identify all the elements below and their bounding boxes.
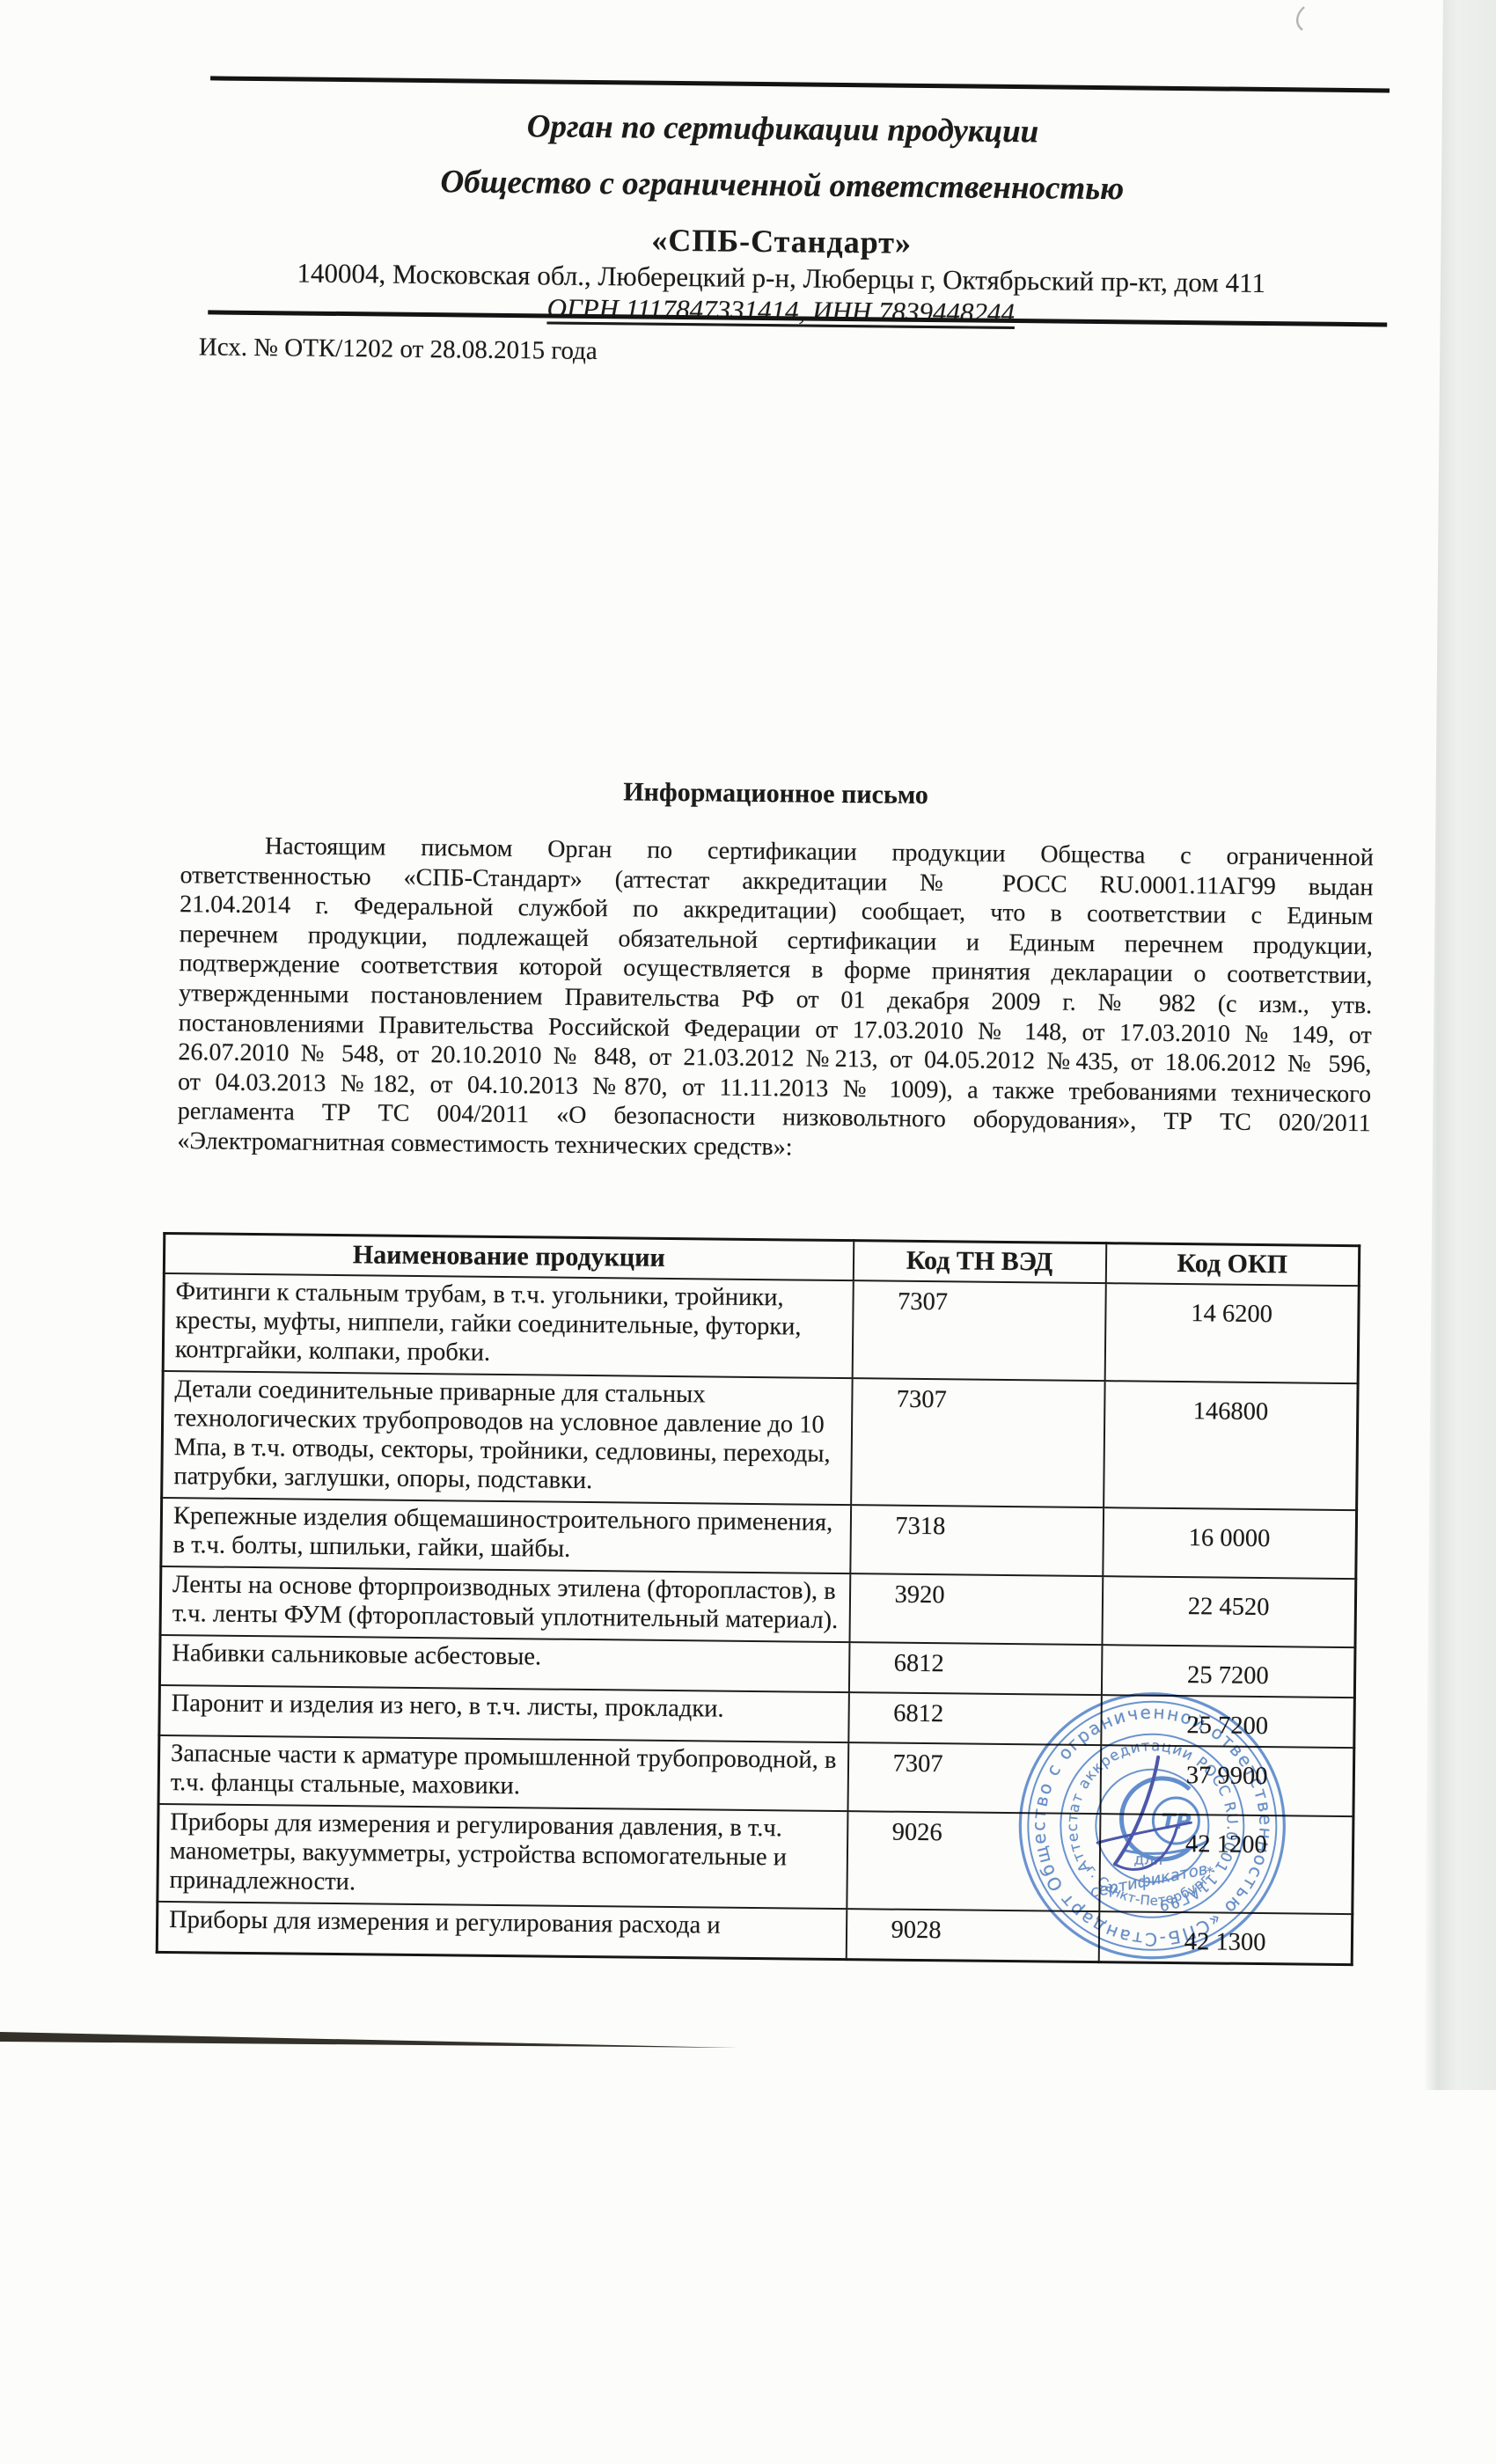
outgoing-ref-line: Исх. № ОТК/1202 от 28.08.2015 года: [199, 333, 598, 366]
cell-name: Набивки сальниковые асбестовые.: [159, 1635, 849, 1692]
table-row: Фитинги к стальным трубам, в т.ч. угольн…: [163, 1273, 1359, 1383]
letterhead-line2: Общество с ограниченной ответственностью: [218, 161, 1346, 210]
cell-okp: 16 0000: [1103, 1507, 1357, 1579]
cell-name: Фитинги к стальным трубам, в т.ч. угольн…: [163, 1273, 853, 1378]
certification-stamp: Общество с ограниченной ответственностью…: [1001, 1675, 1304, 1977]
letterhead-line1: Орган по сертификации продукции: [218, 105, 1346, 154]
cell-tnved: 3920: [849, 1573, 1103, 1645]
cell-name: Приборы для измерения и регулирования да…: [158, 1804, 847, 1909]
stamp-outer-ring: [1019, 1692, 1286, 1959]
letter-document: Орган по сертификации продукции Общество…: [151, 0, 1382, 2212]
header-okp-code: Код ОКП: [1105, 1243, 1359, 1287]
table-row: Ленты на основе фторпроизводных этилена …: [160, 1566, 1356, 1647]
cell-tnved: 7307: [851, 1378, 1104, 1507]
cell-tnved: 7307: [852, 1280, 1105, 1381]
table-row: Детали соединительные приварные для стал…: [162, 1371, 1358, 1510]
cell-name: Ленты на основе фторпроизводных этилена …: [160, 1566, 850, 1642]
body-paragraph: Настоящим письмом Орган по сертификации …: [177, 831, 1374, 1169]
header-product-name: Наименование продукции: [164, 1233, 853, 1280]
scanned-page: Орган по сертификации продукции Общество…: [0, 0, 1496, 2464]
cell-name: Приборы для измерения и регулирования ра…: [157, 1902, 847, 1960]
table-row: Крепежные изделия общемашиностроительног…: [161, 1498, 1357, 1579]
letter-title: Информационное письмо: [211, 773, 1339, 814]
stamp-middle-ring: [1060, 1734, 1244, 1918]
stamp-outer-text: Общество с ограниченной ответственностью…: [1001, 1675, 1279, 1951]
cell-tnved: 7318: [850, 1505, 1104, 1576]
cell-okp: 22 4520: [1102, 1576, 1356, 1647]
cell-name: Детали соединительные приварные для стал…: [162, 1371, 852, 1505]
header-tnved-code: Код ТН ВЭД: [853, 1241, 1105, 1284]
cell-name: Паронит и изделия из него, в т.ч. листы,…: [159, 1685, 849, 1742]
cell-name: Запасные части к арматуре промышленной т…: [158, 1735, 848, 1811]
letterhead-top-rule: [210, 76, 1390, 92]
cell-okp: 146800: [1104, 1381, 1358, 1510]
cell-okp: 14 6200: [1104, 1283, 1359, 1383]
cell-name: Крепежные изделия общемашиностроительног…: [161, 1498, 851, 1573]
